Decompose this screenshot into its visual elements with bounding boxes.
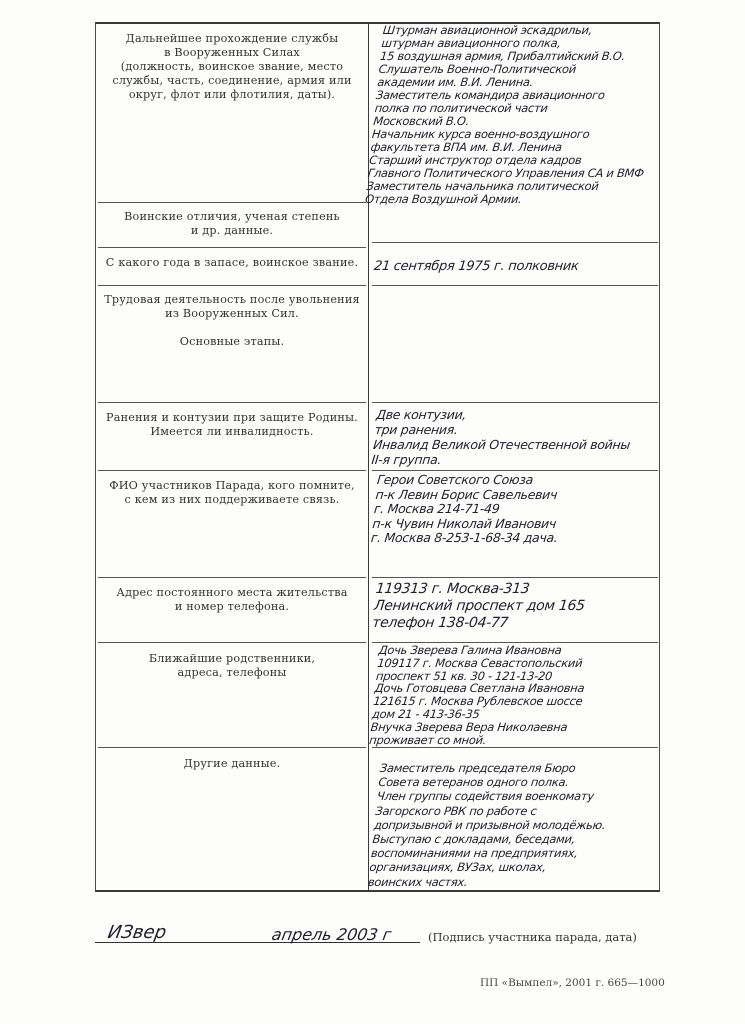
handwritten-entry: Дочь Зверева Галина Ивановна 109117 г. М… bbox=[369, 644, 665, 746]
row-parade-participants: ФИО участников Парада, кого помните, с к… bbox=[96, 470, 661, 577]
row-reserve: С какого года в запасе, воинское звание.… bbox=[96, 247, 661, 285]
row-wounds: Ранения и контузии при защите Родины. Им… bbox=[96, 402, 661, 470]
handwritten-entry: 21 сентября 1975 г. полковник bbox=[373, 260, 659, 273]
signature-scrawl: ИЗвер bbox=[106, 922, 168, 943]
handwritten-entry: Штурман авиационной эскадрильи, штурман … bbox=[364, 24, 668, 206]
row-label: Ранения и контузии при защите Родины. Им… bbox=[100, 411, 364, 439]
print-footer: ПП «Вымпел», 2001 г. 665—1000 bbox=[480, 977, 665, 989]
handwritten-entry: Заместитель председателя Бюро Совета вет… bbox=[367, 761, 665, 889]
row-military-service: Дальнейшее прохождение службы в Вооружен… bbox=[96, 24, 661, 202]
document-page: Дальнейшее прохождение службы в Вооружен… bbox=[0, 0, 745, 1024]
row-label: ФИО участников Парада, кого помните, с к… bbox=[100, 479, 364, 507]
signature-caption: (Подпись участника парада, дата) bbox=[428, 930, 637, 944]
row-labor: Трудовая деятельность после увольнения и… bbox=[96, 285, 661, 402]
row-label: Адрес постоянного места жительства и ном… bbox=[100, 586, 364, 614]
questionnaire-table: Дальнейшее прохождение службы в Вооружен… bbox=[95, 22, 660, 892]
row-distinctions: Воинские отличия, ученая степень и др. д… bbox=[96, 202, 661, 247]
row-label: Воинские отличия, ученая степень и др. д… bbox=[100, 210, 364, 238]
row-relatives: Ближайшие родственники, адреса, телефоны… bbox=[96, 642, 661, 747]
handwritten-entry: Герои Советского Союза п-к Левин Борис С… bbox=[370, 473, 663, 546]
row-label: Дальнейшее прохождение службы в Вооружен… bbox=[100, 32, 364, 102]
row-label: Ближайшие родственники, адреса, телефоны bbox=[100, 652, 364, 680]
handwritten-entry: 119313 г. Москва-313 Ленинский проспект … bbox=[371, 581, 661, 632]
row-label: Трудовая деятельность после увольнения и… bbox=[100, 293, 364, 349]
row-address: Адрес постоянного места жительства и ном… bbox=[96, 577, 661, 642]
row-other-data: Другие данные. Заместитель председателя … bbox=[96, 747, 661, 892]
handwritten-entry: Две контузии, три ранения. Инвалид Велик… bbox=[371, 407, 662, 467]
row-label: Другие данные. bbox=[100, 757, 364, 771]
row-label: С какого года в запасе, воинское звание. bbox=[100, 256, 364, 270]
signature-date: апрель 2003 г bbox=[270, 925, 393, 944]
